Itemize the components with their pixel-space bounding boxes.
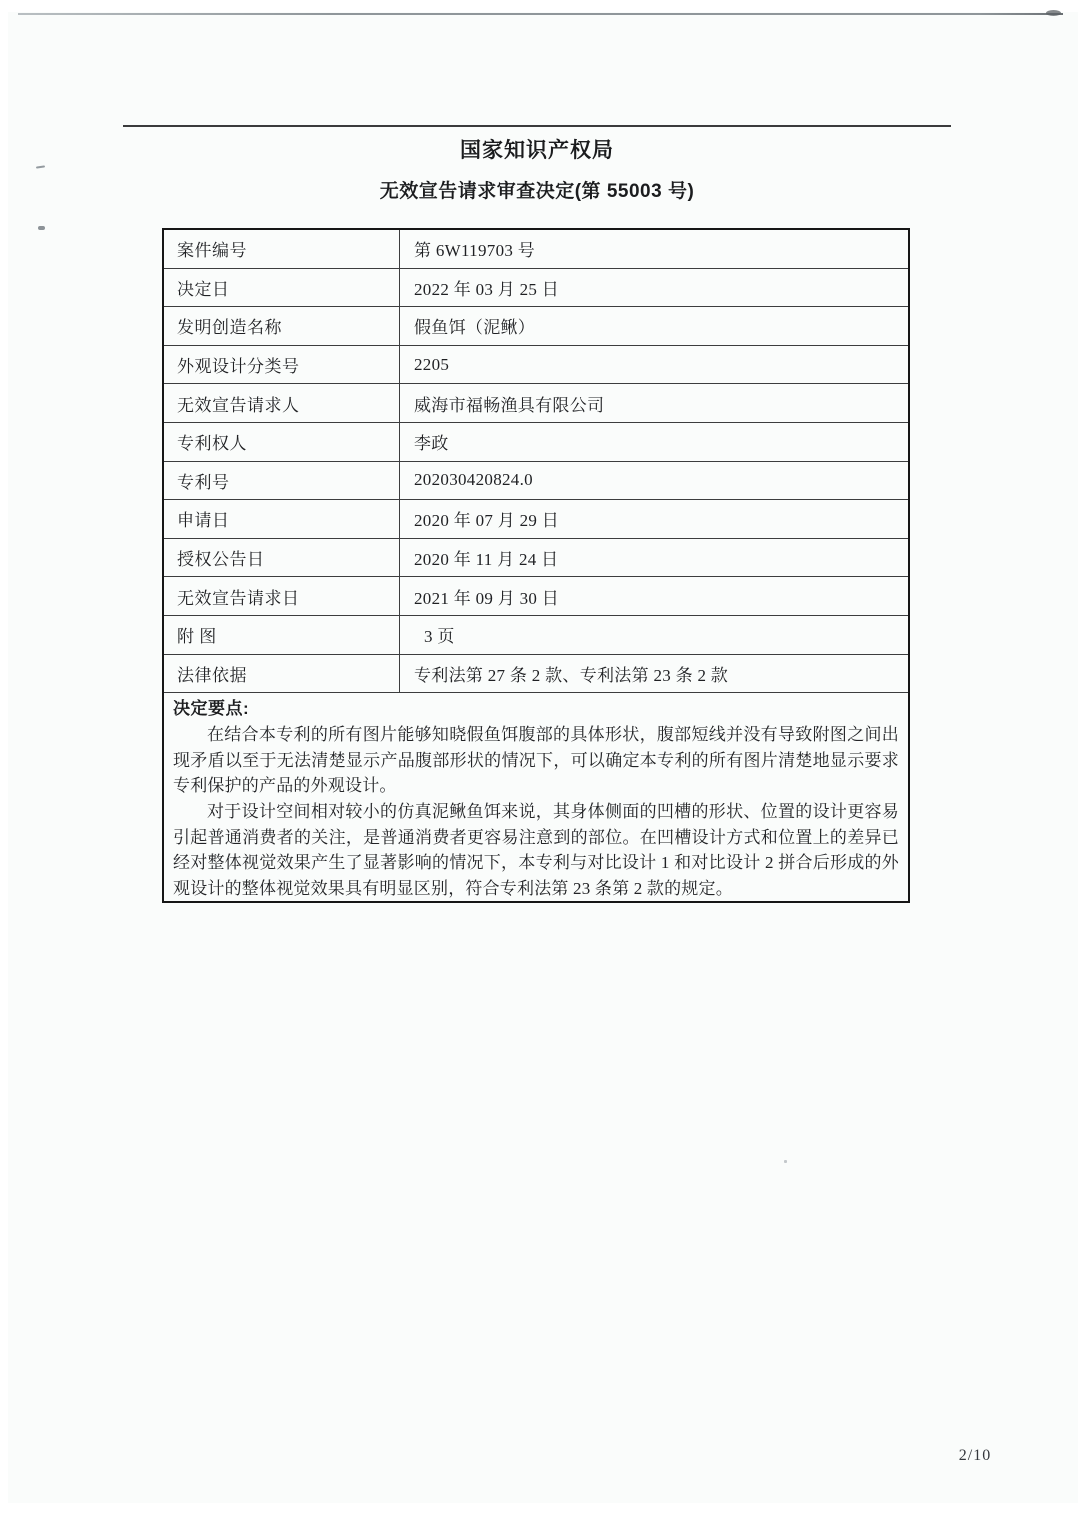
page-number: 2/10 <box>930 1447 1020 1465</box>
row-label: 附 图 <box>164 616 400 654</box>
scan-speck <box>38 226 45 230</box>
row-value: 2020 年 07 月 29 日 <box>400 500 908 538</box>
scan-edge-line <box>18 13 1063 15</box>
document-subtitle: 无效宣告请求审查决定(第 55003 号) <box>123 176 951 203</box>
row-value: 3 页 <box>400 616 908 654</box>
row-value: 专利法第 27 条 2 款、专利法第 23 条 2 款 <box>400 655 908 693</box>
row-label: 授权公告日 <box>164 539 400 577</box>
decision-heading: 决定要点: <box>173 696 899 722</box>
row-label: 外观设计分类号 <box>164 346 400 384</box>
row-value: 2205 <box>400 346 908 384</box>
row-value: 2021 年 09 月 30 日 <box>400 577 908 615</box>
row-label: 无效宣告请求人 <box>164 384 400 422</box>
case-info-table: 案件编号 第 6W119703 号 决定日 2022 年 03 月 25 日 发… <box>162 228 910 903</box>
table-row-request-date: 无效宣告请求日 2021 年 09 月 30 日 <box>164 577 908 616</box>
table-row-filing-date: 申请日 2020 年 07 月 29 日 <box>164 500 908 539</box>
row-value: 假鱼饵（泥鳅） <box>400 307 908 345</box>
row-value: 2022 年 03 月 25 日 <box>400 269 908 307</box>
table-row-patentee: 专利权人 李政 <box>164 423 908 462</box>
table-row-patent-number: 专利号 202030420824.0 <box>164 462 908 501</box>
row-label: 申请日 <box>164 500 400 538</box>
row-label: 决定日 <box>164 269 400 307</box>
document-title: 国家知识产权局 <box>123 134 951 164</box>
table-row-case-number: 案件编号 第 6W119703 号 <box>164 230 908 269</box>
row-label: 案件编号 <box>164 230 400 268</box>
table-row-attached-figures: 附 图 3 页 <box>164 616 908 655</box>
table-row-invention-title: 发明创造名称 假鱼饵（泥鳅） <box>164 307 908 346</box>
table-row-grant-date: 授权公告日 2020 年 11 月 24 日 <box>164 539 908 578</box>
scan-artifact-blob <box>1046 10 1061 16</box>
row-value: 2020 年 11 月 24 日 <box>400 539 908 577</box>
row-label: 专利号 <box>164 462 400 500</box>
decision-paragraph: 在结合本专利的所有图片能够知晓假鱼饵腹部的具体形状，腹部短线并没有导致附图之间出… <box>173 722 899 799</box>
decision-paragraph: 对于设计空间相对较小的仿真泥鳅鱼饵来说，其身体侧面的凹槽的形状、位置的设计更容易… <box>173 799 899 901</box>
table-row-design-class: 外观设计分类号 2205 <box>164 346 908 385</box>
row-label: 无效宣告请求日 <box>164 577 400 615</box>
row-label: 发明创造名称 <box>164 307 400 345</box>
row-value: 威海市福畅渔具有限公司 <box>400 384 908 422</box>
decision-key-points-section: 决定要点: 在结合本专利的所有图片能够知晓假鱼饵腹部的具体形状，腹部短线并没有导… <box>164 693 908 901</box>
table-row-decision-date: 决定日 2022 年 03 月 25 日 <box>164 269 908 308</box>
row-label: 专利权人 <box>164 423 400 461</box>
table-row-petitioner: 无效宣告请求人 威海市福畅渔具有限公司 <box>164 384 908 423</box>
scan-speck <box>784 1160 787 1163</box>
row-value: 202030420824.0 <box>400 462 908 500</box>
header-divider-line <box>123 125 951 127</box>
table-row-legal-basis: 法律依据 专利法第 27 条 2 款、专利法第 23 条 2 款 <box>164 655 908 694</box>
row-label: 法律依据 <box>164 655 400 693</box>
row-value: 李政 <box>400 423 908 461</box>
row-value: 第 6W119703 号 <box>400 230 908 268</box>
